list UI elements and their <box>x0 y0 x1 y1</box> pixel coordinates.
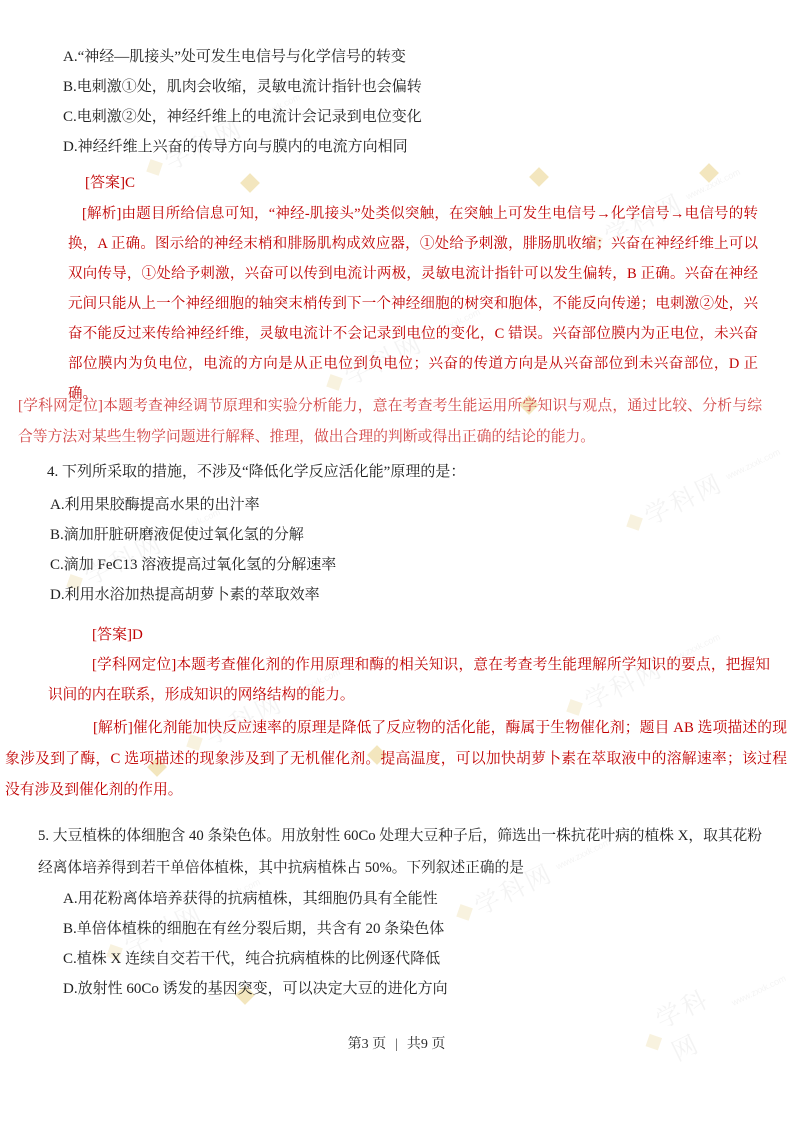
q3-positioning-text: [学科网定位]本题考查神经调节原理和实验分析能力，意在考查考生能运用所学知识与观… <box>18 391 762 453</box>
q4-stem: 4. 下列所采取的措施，不涉及“降低化学反应活化能”原理的是： <box>47 457 465 487</box>
watermark-text: 学科网 <box>638 463 729 532</box>
xkw-watermark: 学科网 www.zxxk.com <box>632 945 793 1077</box>
q4-answer-label: [答案]D <box>92 620 143 650</box>
q4-option-b: B.滴加肝脏研磨液促使过氧化氢的分解 <box>50 520 336 550</box>
q3-analysis-text: [解析]由题目所给信息可知，“神经-肌接头”处类似突触，在突触上可发生电信号→化… <box>68 199 758 409</box>
footer-page-number: 第3 页|共9 页 <box>0 1034 793 1056</box>
q3-options: A.“神经—肌接头”处可发生电信号与化学信号的转变 B.电刺激①处，肌肉会收缩，… <box>63 42 422 162</box>
xkw-cap-icon <box>456 904 473 921</box>
q5-option-d: D.放射性 60Co 诱发的基因突变，可以决定大豆的进化方向 <box>63 974 448 1004</box>
document-page: 学科网 www.zxxk.com 学科网 www.zxxk.com 学科网 ww… <box>0 0 793 1122</box>
q3-option-c: C.电刺激②处，神经纤维上的电流计会记录到电位变化 <box>63 102 422 132</box>
q5-stem: 5. 大豆植株的体细胞含 40 条染色体。用放射性 60Co 处理大豆种子后，筛… <box>38 820 762 884</box>
xkw-cap-icon <box>529 167 549 187</box>
q4-option-d: D.利用水浴加热提高胡萝卜素的萃取效率 <box>50 580 336 610</box>
q4-positioning-text: [学科网定位]本题考查催化剂的作用原理和酶的相关知识，意在考查考生能理解所学知识… <box>48 650 770 710</box>
watermark-subtext: www.zxxk.com <box>684 167 741 202</box>
xkw-cap-icon <box>699 163 719 183</box>
q3-option-a: A.“神经—肌接头”处可发生电信号与化学信号的转变 <box>63 42 422 72</box>
q4-option-a: A.利用果胶酶提高水果的出汁率 <box>50 490 336 520</box>
xkw-cap-icon <box>240 173 260 193</box>
q4-options: A.利用果胶酶提高水果的出汁率 B.滴加肝脏研磨液促使过氧化氢的分解 C.滴加 … <box>50 490 336 610</box>
q5-options: A.用花粉离体培养获得的抗病植株，其细胞仍具有全能性 B.单倍体植株的细胞在有丝… <box>63 884 448 1004</box>
q3-option-b: B.电刺激①处，肌肉会收缩，灵敏电流计指针也会偏转 <box>63 72 422 102</box>
q4-analysis-text: [解析]催化剂能加快反应速率的原理是降低了反应物的活化能，酶属于生物催化剂；题目… <box>5 713 787 806</box>
q5-option-a: A.用花粉离体培养获得的抗病植株，其细胞仍具有全能性 <box>63 884 448 914</box>
q5-option-b: B.单倍体植株的细胞在有丝分裂后期，共含有 20 条染色体 <box>63 914 448 944</box>
xkw-cap-icon <box>626 514 643 531</box>
footer-current-page: 第3 页 <box>348 1037 387 1052</box>
q3-option-d: D.神经纤维上兴奋的传导方向与膜内的电流方向相同 <box>63 132 422 162</box>
q5-option-c: C.植株 X 连续自交若干代，纯合抗病植株的比例逐代降低 <box>63 944 448 974</box>
q4-option-c: C.滴加 FeC13 溶液提高过氧化氢的分解速率 <box>50 550 336 580</box>
footer-separator: | <box>395 1034 398 1056</box>
footer-total-pages: 共9 页 <box>407 1037 446 1052</box>
q3-answer-label: [答案]C <box>85 168 135 198</box>
watermark-subtext: www.zxxk.com <box>730 973 787 1008</box>
